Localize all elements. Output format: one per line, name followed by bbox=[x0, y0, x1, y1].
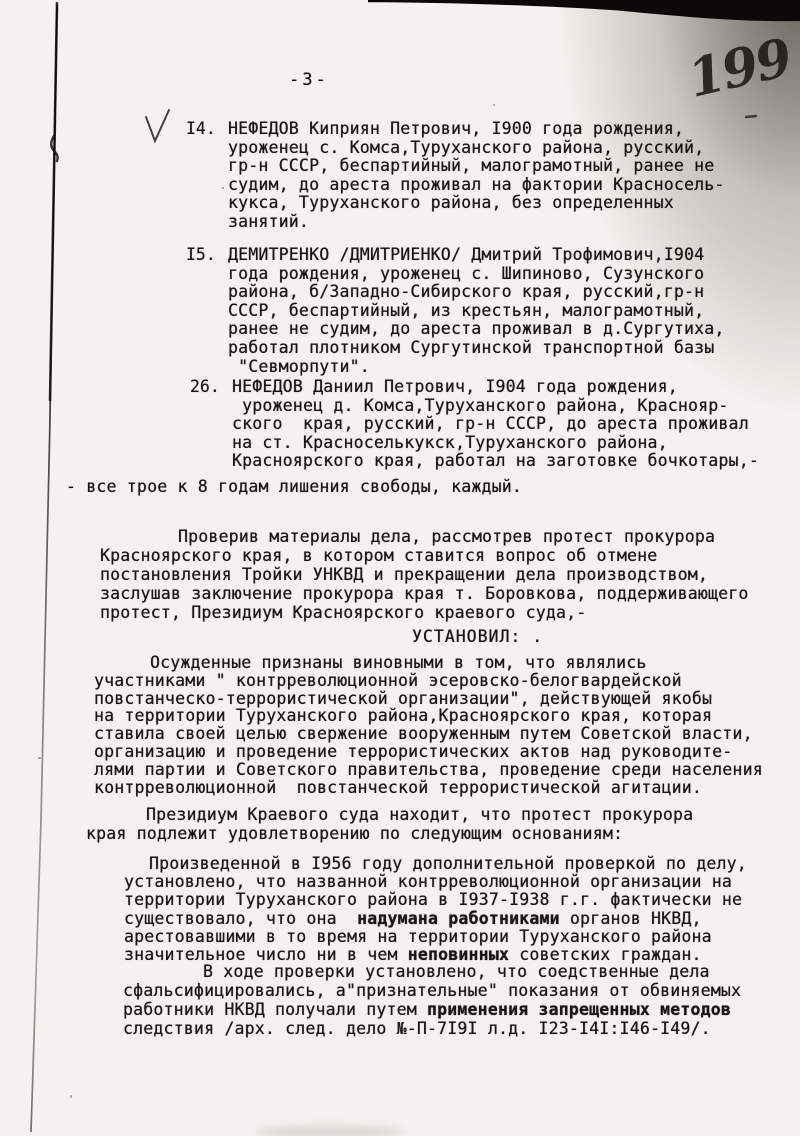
paragraph-presidium-finding: Президиум Краевого суда находит, что про… bbox=[86, 805, 693, 843]
typed-page-number: -3- bbox=[289, 71, 329, 90]
fold-line-hook bbox=[51, 136, 57, 161]
list-item-14: I4. НЕФЕДОВ Киприян Петрович, I900 года … bbox=[186, 120, 725, 232]
scanned-document-page: -3- 199 I4. НЕФЕДОВ Киприян Петрович, I9… bbox=[0, 0, 800, 1136]
list-item-26: 26. НЕФЕДОВ Даниил Петрович, I904 года р… bbox=[190, 378, 759, 471]
check-mark-icon bbox=[146, 110, 169, 141]
item-number: I5. bbox=[186, 246, 228, 265]
dust-speck bbox=[70, 1095, 72, 1098]
fold-line bbox=[31, 4, 57, 1132]
item-text: НЕФЕДОВ Даниил Петрович, I904 года рожде… bbox=[232, 378, 759, 471]
item-number: 26. bbox=[190, 378, 232, 397]
dust-speck bbox=[38, 757, 41, 759]
fold-line-top-thick bbox=[50, 3, 57, 400]
paragraph-1956-verification: Произведенной в I956 году дополнительной… bbox=[124, 855, 747, 964]
item-text: ДЕМИТРЕНКО /ДМИТРИЕНКО/ Дмитрий Трофимов… bbox=[228, 246, 725, 376]
paragraph-case-review: Проверив материалы дела, рассмотрев прот… bbox=[100, 527, 749, 622]
item-text: НЕФЕДОВ Киприян Петрович, I900 года рожд… bbox=[228, 120, 725, 232]
sentence-verdict-all-three: - все трое к 8 годам лишения свободы, ка… bbox=[66, 477, 522, 496]
dust-speck bbox=[493, 104, 495, 106]
list-item-15: I5. ДЕМИТРЕНКО /ДМИТРИЕНКО/ Дмитрий Троф… bbox=[186, 246, 725, 376]
paragraph-falsified-cases: В ходе проверки установлено, что соедств… bbox=[123, 962, 741, 1038]
dust-speck bbox=[222, 187, 224, 189]
scan-smudge bbox=[255, 1126, 405, 1136]
paragraph-accusation-summary: Осужденные признаны виновными в том, что… bbox=[94, 654, 763, 796]
handwritten-page-number: 199 bbox=[682, 27, 796, 110]
item-number: I4. bbox=[186, 120, 228, 139]
ink-dash-speck bbox=[746, 116, 756, 117]
scan-edge-band bbox=[368, 0, 800, 21]
heading-ustanovil: УСТАНОВИЛ: . bbox=[412, 627, 543, 646]
